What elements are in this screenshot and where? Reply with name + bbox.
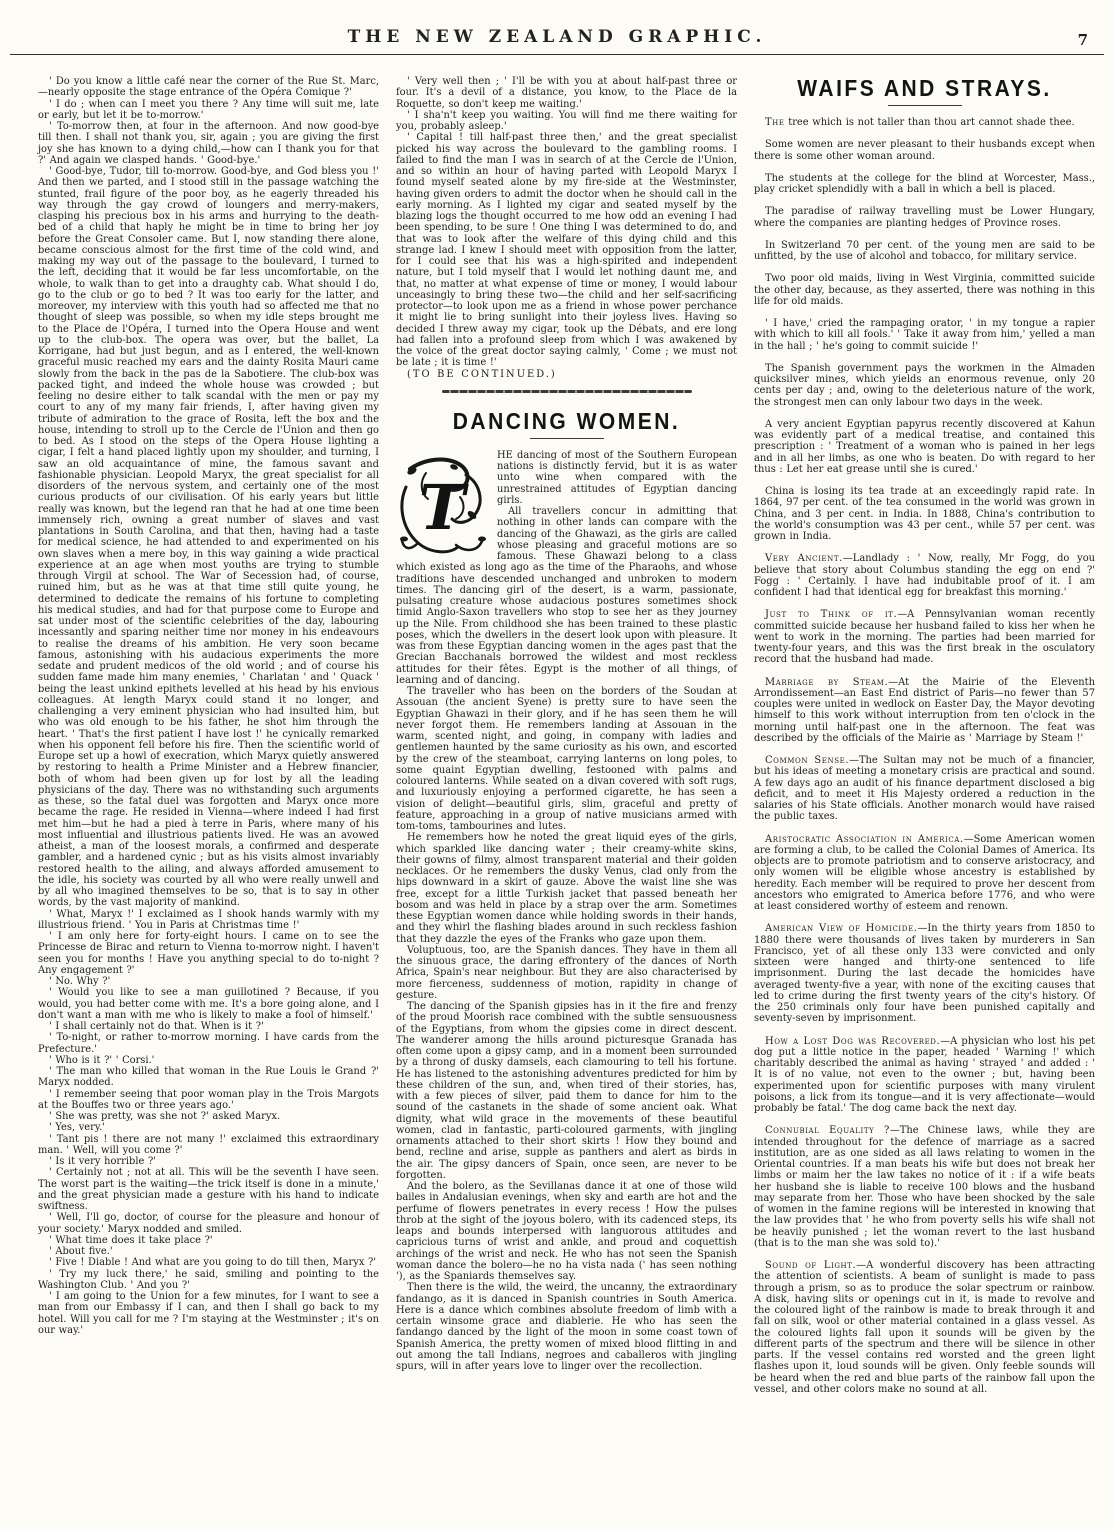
item-lead: The [765, 117, 785, 128]
article-title-waifs-and-strays: WAIFS AND STRAYS. [754, 76, 1095, 103]
article-paragraph: And the bolero, as the Sevillanas dance … [396, 1181, 737, 1282]
story-paragraph: ' Do you know a little café near the cor… [38, 76, 379, 99]
waifs-item: Marriage by Steam.—At the Mairie of the … [754, 677, 1095, 745]
story-paragraph: ' I do ; when can I meet you there ? Any… [38, 99, 379, 122]
story-paragraph: ' Very well then ; ' I'll be with you at… [396, 76, 737, 110]
ornamental-divider-rule [442, 390, 692, 393]
story-paragraph: ' Is it very horrible ?' [38, 1156, 379, 1167]
item-lead: Sound of Light. [765, 1260, 856, 1271]
dropcap-letter: T [419, 471, 469, 544]
page-number: 7 [1078, 31, 1088, 49]
item-text: A very ancient Egyptian papyrus recently… [754, 419, 1095, 475]
waifs-item: ' I have,' cried the rampaging orator, '… [754, 318, 1095, 352]
item-text: China is losing its tea trade at an exce… [754, 486, 1095, 542]
story-paragraph: ' The man who killed that woman in the R… [38, 1066, 379, 1089]
item-text: —A physician who lost his pet dog put a … [754, 1036, 1095, 1115]
story-paragraph: ' Good-bye, Tudor, till to-morrow. Good-… [38, 166, 379, 909]
story-paragraph: ' What time does it take place ?' [38, 1235, 379, 1246]
column-left: ' Do you know a little café near the cor… [38, 76, 379, 1336]
article-paragraph: Then there is the wild, the weird, the u… [396, 1282, 737, 1372]
story-paragraph: ' Tant pis ! there are not many !' excla… [38, 1134, 379, 1157]
waifs-item: How a Lost Dog was Recovered.—A physicia… [754, 1036, 1095, 1115]
story-paragraph: ' I am going to the Union for a few minu… [38, 1291, 379, 1336]
waifs-item: American View of Homicide.—In the thirty… [754, 923, 1095, 1024]
newspaper-page: THE NEW ZEALAND GRAPHIC. 7 ' Do you know… [0, 0, 1114, 1529]
story-paragraph: ' I shall certainly not do that. When is… [38, 1021, 379, 1032]
column-layout: ' Do you know a little café near the cor… [0, 55, 1114, 1406]
item-text: Some women are never pleasant to their h… [754, 139, 1095, 161]
article-paragraph: The dancing of the Spanish gipsies has i… [396, 1001, 737, 1181]
title-underline [888, 105, 962, 106]
waifs-item: The students at the college for the blin… [754, 173, 1095, 196]
story-paragraph: ' Try my luck there,' he said, smiling a… [38, 1269, 379, 1292]
column-center: ' Very well then ; ' I'll be with you at… [396, 76, 737, 1372]
item-text: The students at the college for the blin… [754, 173, 1095, 195]
article-paragraph: Voluptuous, too, are the Spanish dances.… [396, 945, 737, 1001]
waifs-item: Connubial Equality ?—The Chinese laws, w… [754, 1125, 1095, 1249]
waifs-item: Just to Think of it.—A Pennsylvanian wom… [754, 609, 1095, 665]
story-paragraph: ' I sha'n't keep you waiting. You will f… [396, 110, 737, 133]
item-text: ' I have,' cried the rampaging orator, '… [754, 318, 1095, 352]
story-paragraph: ' About five.' [38, 1246, 379, 1257]
item-lead: Just to Think of it. [765, 609, 897, 620]
waifs-item: The Spanish government pays the workmen … [754, 363, 1095, 408]
story-paragraph: ' Capital ! till half-past three then,' … [396, 132, 737, 368]
item-lead: Connubial Equality ? [765, 1125, 890, 1136]
story-paragraph: ' I remember seeing that poor woman play… [38, 1089, 379, 1112]
waifs-item: The paradise of railway travelling must … [754, 206, 1095, 229]
article-title-dancing-women: DANCING WOMEN. [396, 409, 737, 436]
item-lead: American View of Homicide. [765, 923, 917, 934]
waifs-item: China is losing its tea trade at an exce… [754, 486, 1095, 542]
story-paragraph: ' Would you like to see a man guillotine… [38, 987, 379, 1021]
story-paragraph: ' Certainly not ; not at all. This will … [38, 1167, 379, 1212]
item-text: —In the thirty years from 1850 to 1880 t… [754, 923, 1095, 1024]
article-paragraph: He remembers how he noted the great liqu… [396, 832, 737, 945]
waifs-item: Two poor old maids, living in West Virgi… [754, 273, 1095, 307]
item-text: The paradise of railway travelling must … [754, 206, 1095, 228]
dropcap-flourish-icon: T [396, 453, 488, 559]
story-paragraph: ' Five ! Diable ! And what are you going… [38, 1257, 379, 1268]
item-lead: Marriage by Steam. [765, 677, 888, 688]
item-text: In Switzerland 70 per cent. of the young… [754, 240, 1095, 262]
item-lead: Very Ancient. [765, 553, 843, 564]
story-paragraph: ' Who is it ?' ' Corsi.' [38, 1055, 379, 1066]
item-text: Two poor old maids, living in West Virgi… [754, 273, 1095, 307]
waifs-item: The tree which is not taller than thou a… [754, 117, 1095, 128]
item-text: The Spanish government pays the workmen … [754, 363, 1095, 408]
item-text: —Some American women are forming a club,… [754, 834, 1095, 913]
story-paragraph: ' No. Why ?' [38, 976, 379, 987]
waifs-item: In Switzerland 70 per cent. of the young… [754, 240, 1095, 263]
item-text: tree which is not taller than thou art c… [785, 117, 1075, 128]
story-paragraph: ' Yes, very.' [38, 1122, 379, 1133]
to-be-continued-note: (TO BE CONTINUED.) [396, 369, 737, 380]
story-paragraph: ' I am only here for forty-eight hours. … [38, 931, 379, 976]
item-lead: Aristocratic Association in America. [765, 834, 964, 845]
article-paragraph: The traveller who has been on the border… [396, 686, 737, 832]
story-paragraph: ' Well, I'll go, doctor, of course for t… [38, 1212, 379, 1235]
waifs-item: Some women are never pleasant to their h… [754, 139, 1095, 162]
item-text: —A wonderful discovery has been attracti… [754, 1260, 1095, 1395]
waifs-item: Sound of Light.—A wonderful discovery ha… [754, 1260, 1095, 1395]
story-paragraph: ' She was pretty, was she not ?' asked M… [38, 1111, 379, 1122]
newspaper-masthead: THE NEW ZEALAND GRAPHIC. [0, 0, 1114, 47]
column-right: WAIFS AND STRAYS. The tree which is not … [754, 76, 1095, 1406]
story-paragraph: ' To-morrow then, at four in the afterno… [38, 121, 379, 166]
story-paragraph: ' To-night, or rather to-morrow morning.… [38, 1032, 379, 1055]
item-lead: How a Lost Dog was Recovered. [765, 1036, 940, 1047]
waifs-item: Common Sense.—The Sultan may not be much… [754, 755, 1095, 823]
story-paragraph: ' What, Maryx !' I exclaimed as I shook … [38, 909, 379, 932]
item-text: —The Chinese laws, while they are intend… [754, 1125, 1095, 1249]
waifs-item: Aristocratic Association in America.—Som… [754, 834, 1095, 913]
waifs-item: A very ancient Egyptian papyrus recently… [754, 419, 1095, 475]
waifs-item: Very Ancient.—Landlady : ' Now, really, … [754, 553, 1095, 598]
item-lead: Common Sense. [765, 755, 849, 766]
title-underline [530, 438, 604, 439]
